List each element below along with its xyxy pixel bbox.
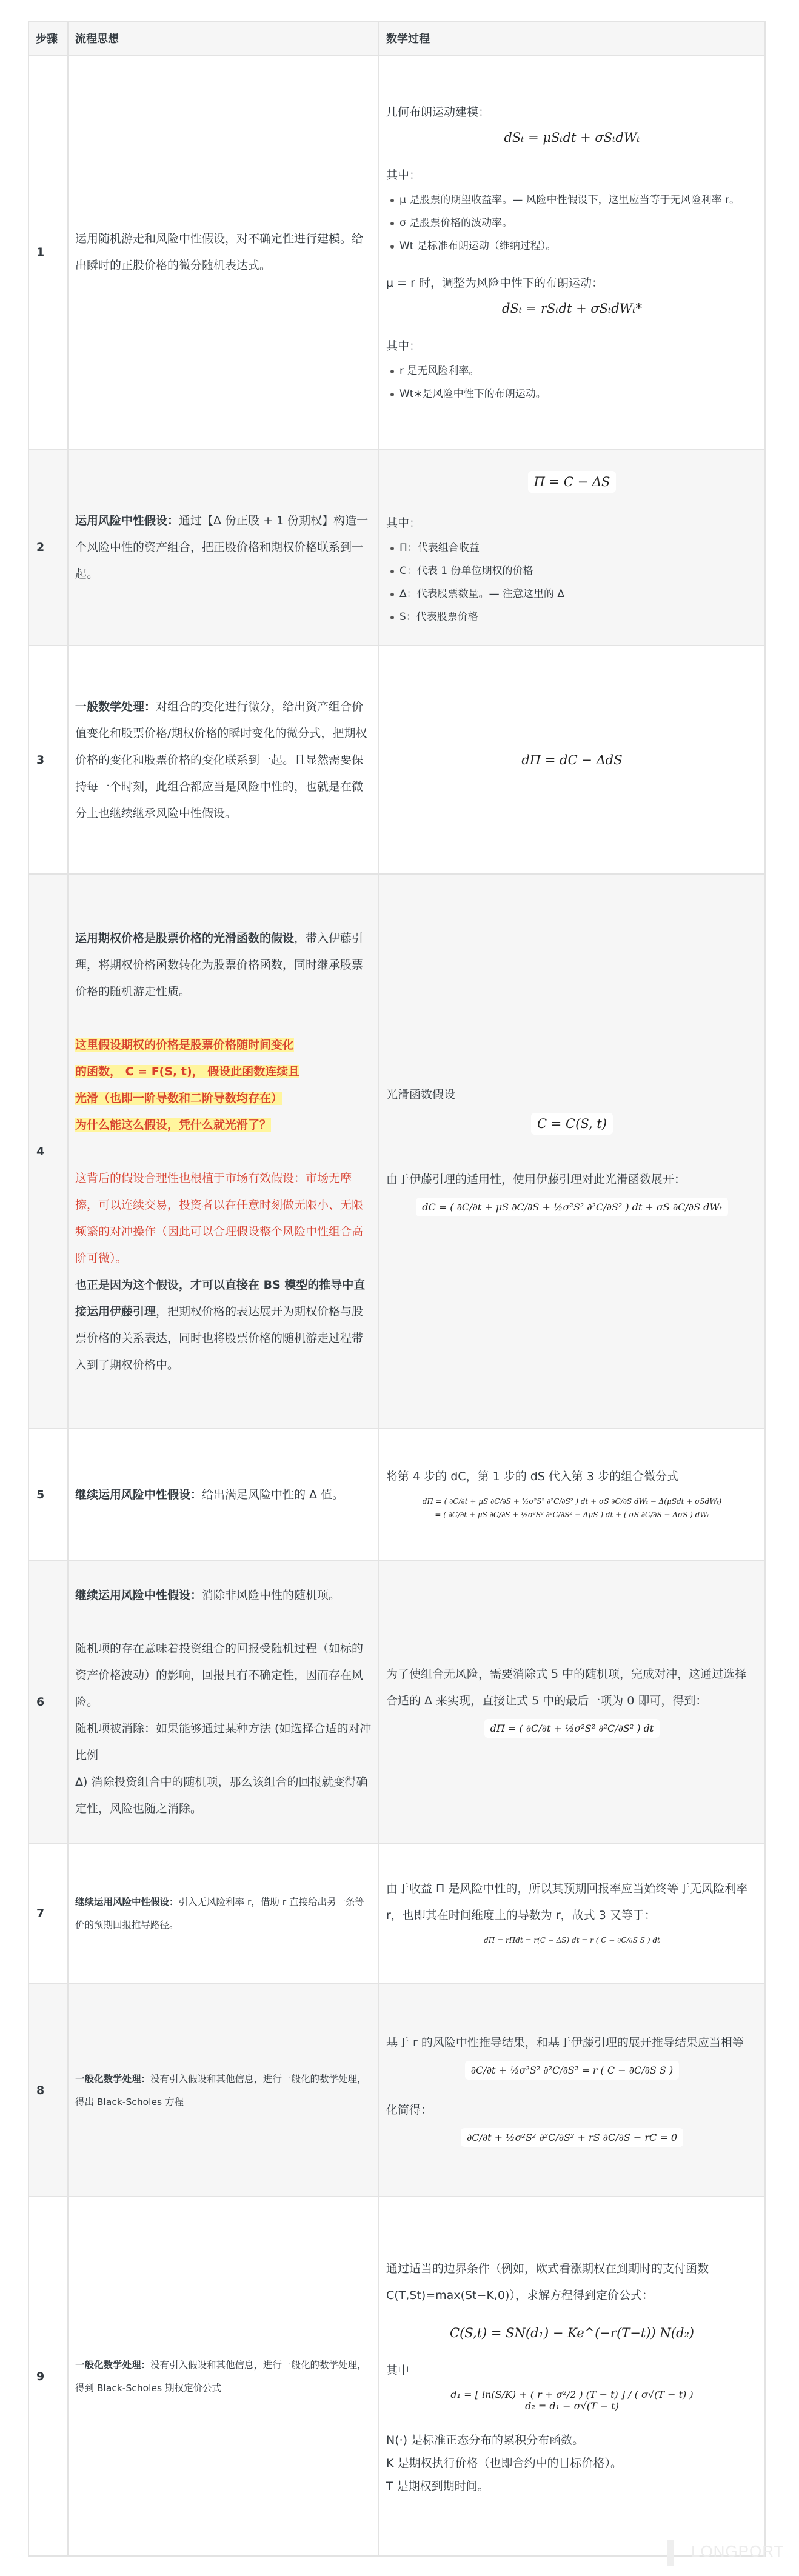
math-cell: 光滑函数假设 C = C(S, t) 由于伊藤引理的适用性，使用伊藤引理对此光滑… (379, 874, 765, 1429)
table-row: 2 运用风险中性假设：通过【Δ 份正股 + 1 份期权】构造一个风险中性的资产组… (28, 449, 765, 646)
adjust-text: μ = r 时，调整为风险中性下的布朗运动： (386, 270, 758, 296)
equation: dΠ = ( ∂C/∂t + μS ∂C/∂S + ½σ²S² ∂²C/∂S² … (386, 1495, 758, 1521)
step-number: 8 (28, 1984, 68, 2197)
idea-text: 运用随机游走和风险中性假设，对不确定性进行建模。给出瞬时的正股价格的微分随机表达… (75, 225, 372, 279)
equation: dΠ = dC − ΔdS (386, 753, 758, 767)
idea-cell: 一般化数学处理：没有引入假设和其他信息，进行一般化的数学处理，得到 Black-… (68, 2197, 379, 2556)
equation: d₁ = [ ln(S/K) + ( r + σ²/2 ) (T − t) ] … (386, 2389, 758, 2412)
idea-cell: 继续运用风险中性假设：引入无风险利率 r，借助 r 直接给出另一条等价的预期回报… (68, 1843, 379, 1984)
note: T 是期权到期时间。 (386, 2475, 758, 2498)
watermark-text: LONGPORT (691, 2542, 784, 2561)
header-step: 步骤 (28, 21, 68, 55)
idea-bold: 一般化数学处理： (75, 2074, 150, 2084)
table-row: 7 继续运用风险中性假设：引入无风险利率 r，借助 r 直接给出另一条等价的预期… (28, 1843, 765, 1984)
equation: dSₜ = μSₜdt + σSₜdWₜ (386, 130, 758, 145)
equation: ∂C/∂t + ½σ²S² ∂²C/∂S² = r ( C − ∂C/∂S S … (386, 2061, 758, 2080)
assumption-rationale: 这背后的假设合理性也根植于市场有效假设：市场无摩擦，可以连续交易，投资者以在任意… (75, 1165, 372, 1272)
idea-bold: 运用期权价格是股票价格的光滑函数的假设 (75, 932, 294, 945)
idea-bold: 继续运用风险中性假设： (75, 1488, 202, 1501)
where-label: 其中 (386, 2357, 758, 2384)
math-label: 光滑函数假设 (386, 1081, 758, 1108)
idea-text: 消除非风险中性的随机项。 (202, 1589, 340, 1602)
math-intro: 几何布朗运动建模： (386, 99, 758, 125)
step-number: 7 (28, 1843, 68, 1984)
idea-bold: 一般数学处理： (75, 700, 156, 713)
idea-cell: 一般数学处理：对组合的变化进行微分，给出资产组合价值变化和股票价格/期权价格的瞬… (68, 646, 379, 874)
header-math: 数学过程 (379, 21, 765, 55)
where-label: 其中： (386, 162, 758, 189)
equation: C(S,t) = SN(d₁) − Ke^(−r(T−t)) N(d₂) (386, 2326, 758, 2340)
table-row: 8 一般化数学处理：没有引入假设和其他信息，进行一般化的数学处理，得出 Blac… (28, 1984, 765, 2197)
idea-cell: 运用期权价格是股票价格的光滑函数的假设，带入伊藤引理，将期权价格函数转化为股票价… (68, 874, 379, 1429)
equation: ∂C/∂t + ½σ²S² ∂²C/∂S² + rS ∂C/∂S − rC = … (386, 2128, 758, 2147)
equation: dC = ( ∂C/∂t + μS ∂C/∂S + ½σ²S² ∂²C/∂S² … (386, 1198, 758, 1216)
idea-bold: 继续运用风险中性假设： (75, 1589, 202, 1602)
highlighted-assumption: 这里假设期权的价格是股票价格随时间变化 的函数， C = F(S, t)， 假设… (75, 1032, 372, 1138)
math-cell: dΠ = dC − ΔdS (379, 646, 765, 874)
equation: C = C(S, t) (386, 1113, 758, 1135)
where-label: 其中： (386, 333, 758, 359)
table-header-row: 步骤 流程思想 数学过程 (28, 21, 765, 55)
list-item: Wt 是标准布朗运动（维纳过程）。 (386, 235, 758, 258)
note: N(·) 是标准正态分布的累积分布函数。 (386, 2429, 758, 2452)
table-row: 6 继续运用风险中性假设：消除非风险中性的随机项。 随机项的存在意味着投资组合的… (28, 1560, 765, 1843)
list-item: Wt∗是风险中性下的布朗运动。 (386, 382, 758, 405)
note: K 是期权执行价格（也即合约中的目标价格）。 (386, 2452, 758, 2475)
math-cell: 将第 4 步的 dC，第 1 步的 dS 代入第 3 步的组合微分式 dΠ = … (379, 1429, 765, 1560)
idea-cell: 继续运用风险中性假设：消除非风险中性的随机项。 随机项的存在意味着投资组合的回报… (68, 1560, 379, 1843)
step-number: 2 (28, 449, 68, 646)
header-idea: 流程思想 (68, 21, 379, 55)
idea-text: 给出满足风险中性的 Δ 值。 (202, 1488, 344, 1501)
list-item: S：代表股票价格 (386, 606, 758, 629)
where-label: 其中： (386, 510, 758, 536)
list-item: r 是无风险利率。 (386, 359, 758, 382)
idea-paragraph: Δ) 消除投资组合中的随机项，那么该组合的回报就变得确定性，风险也随之消除。 (75, 1769, 372, 1822)
idea-bold: 运用风险中性假设： (75, 514, 179, 527)
math-text: 由于收益 Π 是风险中性的，所以其预期回报率应当始终等于无风险利率 r，也即其在… (386, 1875, 758, 1929)
list-item: μ 是股票的期望收益率。— 风险中性假设下，这里应当等于无风险利率 r。 (386, 189, 758, 212)
math-cell: Π = C − ΔS 其中： Π：代表组合收益 C：代表 1 份单位期权的价格 … (379, 449, 765, 646)
math-text: 基于 r 的风险中性推导结果，和基于伊藤引理的展开推导结果应当相等 (386, 2029, 758, 2056)
table-row: 3 一般数学处理：对组合的变化进行微分，给出资产组合价值变化和股票价格/期权价格… (28, 646, 765, 874)
equation: dΠ = ( ∂C/∂t + ½σ²S² ∂²C/∂S² ) dt (386, 1719, 758, 1738)
math-text: 将第 4 步的 dC，第 1 步的 dS 代入第 3 步的组合微分式 (386, 1463, 758, 1490)
table-row: 1 运用随机游走和风险中性假设，对不确定性进行建模。给出瞬时的正股价格的微分随机… (28, 55, 765, 449)
idea-cell: 运用随机游走和风险中性假设，对不确定性进行建模。给出瞬时的正股价格的微分随机表达… (68, 55, 379, 449)
step-number: 1 (28, 55, 68, 449)
equation: Π = C − ΔS (386, 471, 758, 493)
step-number: 3 (28, 646, 68, 874)
idea-paragraph: 随机项被消除：如果能够通过某种方法 (如选择合适的对冲比例 (75, 1715, 372, 1769)
longport-logo-icon (667, 2540, 674, 2566)
table-row: 5 继续运用风险中性假设：给出满足风险中性的 Δ 值。 将第 4 步的 dC，第… (28, 1429, 765, 1560)
step-number: 6 (28, 1560, 68, 1843)
math-cell: 为了使组合无风险，需要消除式 5 中的随机项，完成对冲，这通过选择合适的 Δ 来… (379, 1560, 765, 1843)
list-item: Π：代表组合收益 (386, 536, 758, 559)
bullet-list: μ 是股票的期望收益率。— 风险中性假设下，这里应当等于无风险利率 r。 σ 是… (386, 189, 758, 258)
watermark: LONGPORT (667, 2540, 799, 2570)
math-cell: 几何布朗运动建模： dSₜ = μSₜdt + σSₜdWₜ 其中： μ 是股票… (379, 55, 765, 449)
step-number: 4 (28, 874, 68, 1429)
derivation-table: 步骤 流程思想 数学过程 1 运用随机游走和风险中性假设，对不确定性进行建模。给… (28, 21, 766, 2557)
math-cell: 通过适当的边界条件（例如，欧式看涨期权在到期时的支付函数 C(T,St)=max… (379, 2197, 765, 2556)
simplify-label: 化简得： (386, 2097, 758, 2123)
idea-bold: 继续运用风险中性假设： (75, 1897, 179, 1907)
idea-cell: 一般化数学处理：没有引入假设和其他信息，进行一般化的数学处理，得出 Black-… (68, 1984, 379, 2197)
math-text: 为了使组合无风险，需要消除式 5 中的随机项，完成对冲，这通过选择合适的 Δ 来… (386, 1661, 758, 1714)
step-number: 5 (28, 1429, 68, 1560)
idea-paragraph: 随机项的存在意味着投资组合的回报受随机过程（如标的资产价格波动）的影响，回报具有… (75, 1635, 372, 1715)
bullet-list: Π：代表组合收益 C：代表 1 份单位期权的价格 Δ：代表股票数量。— 注意这里… (386, 536, 758, 629)
math-cell: 由于收益 Π 是风险中性的，所以其预期回报率应当始终等于无风险利率 r，也即其在… (379, 1843, 765, 1984)
list-item: σ 是股票价格的波动率。 (386, 212, 758, 235)
list-item: Δ：代表股票数量。— 注意这里的 Δ (386, 582, 758, 606)
idea-bold: 一般化数学处理： (75, 2360, 150, 2371)
math-text: 由于伊藤引理的适用性，使用伊藤引理对此光滑函数展开： (386, 1166, 758, 1193)
table-row: 9 一般化数学处理：没有引入假设和其他信息，进行一般化的数学处理，得到 Blac… (28, 2197, 765, 2556)
idea-cell: 运用风险中性假设：通过【Δ 份正股 + 1 份期权】构造一个风险中性的资产组合，… (68, 449, 379, 646)
idea-text: 对组合的变化进行微分，给出资产组合价值变化和股票价格/期权价格的瞬时变化的微分式… (75, 700, 367, 820)
table-row: 4 运用期权价格是股票价格的光滑函数的假设，带入伊藤引理，将期权价格函数转化为股… (28, 874, 765, 1429)
math-cell: 基于 r 的风险中性推导结果，和基于伊藤引理的展开推导结果应当相等 ∂C/∂t … (379, 1984, 765, 2197)
list-item: C：代表 1 份单位期权的价格 (386, 559, 758, 582)
bullet-list: r 是无风险利率。 Wt∗是风险中性下的布朗运动。 (386, 359, 758, 405)
idea-cell: 继续运用风险中性假设：给出满足风险中性的 Δ 值。 (68, 1429, 379, 1560)
equation: dΠ = rΠdt = r(C − ΔS) dt = r ( C − ∂C/∂S… (386, 1934, 758, 1947)
equation: dSₜ = rSₜdt + σSₜdWₜ* (386, 301, 758, 316)
step-number: 9 (28, 2197, 68, 2556)
math-text: 通过适当的边界条件（例如，欧式看涨期权在到期时的支付函数 C(T,St)=max… (386, 2255, 758, 2309)
